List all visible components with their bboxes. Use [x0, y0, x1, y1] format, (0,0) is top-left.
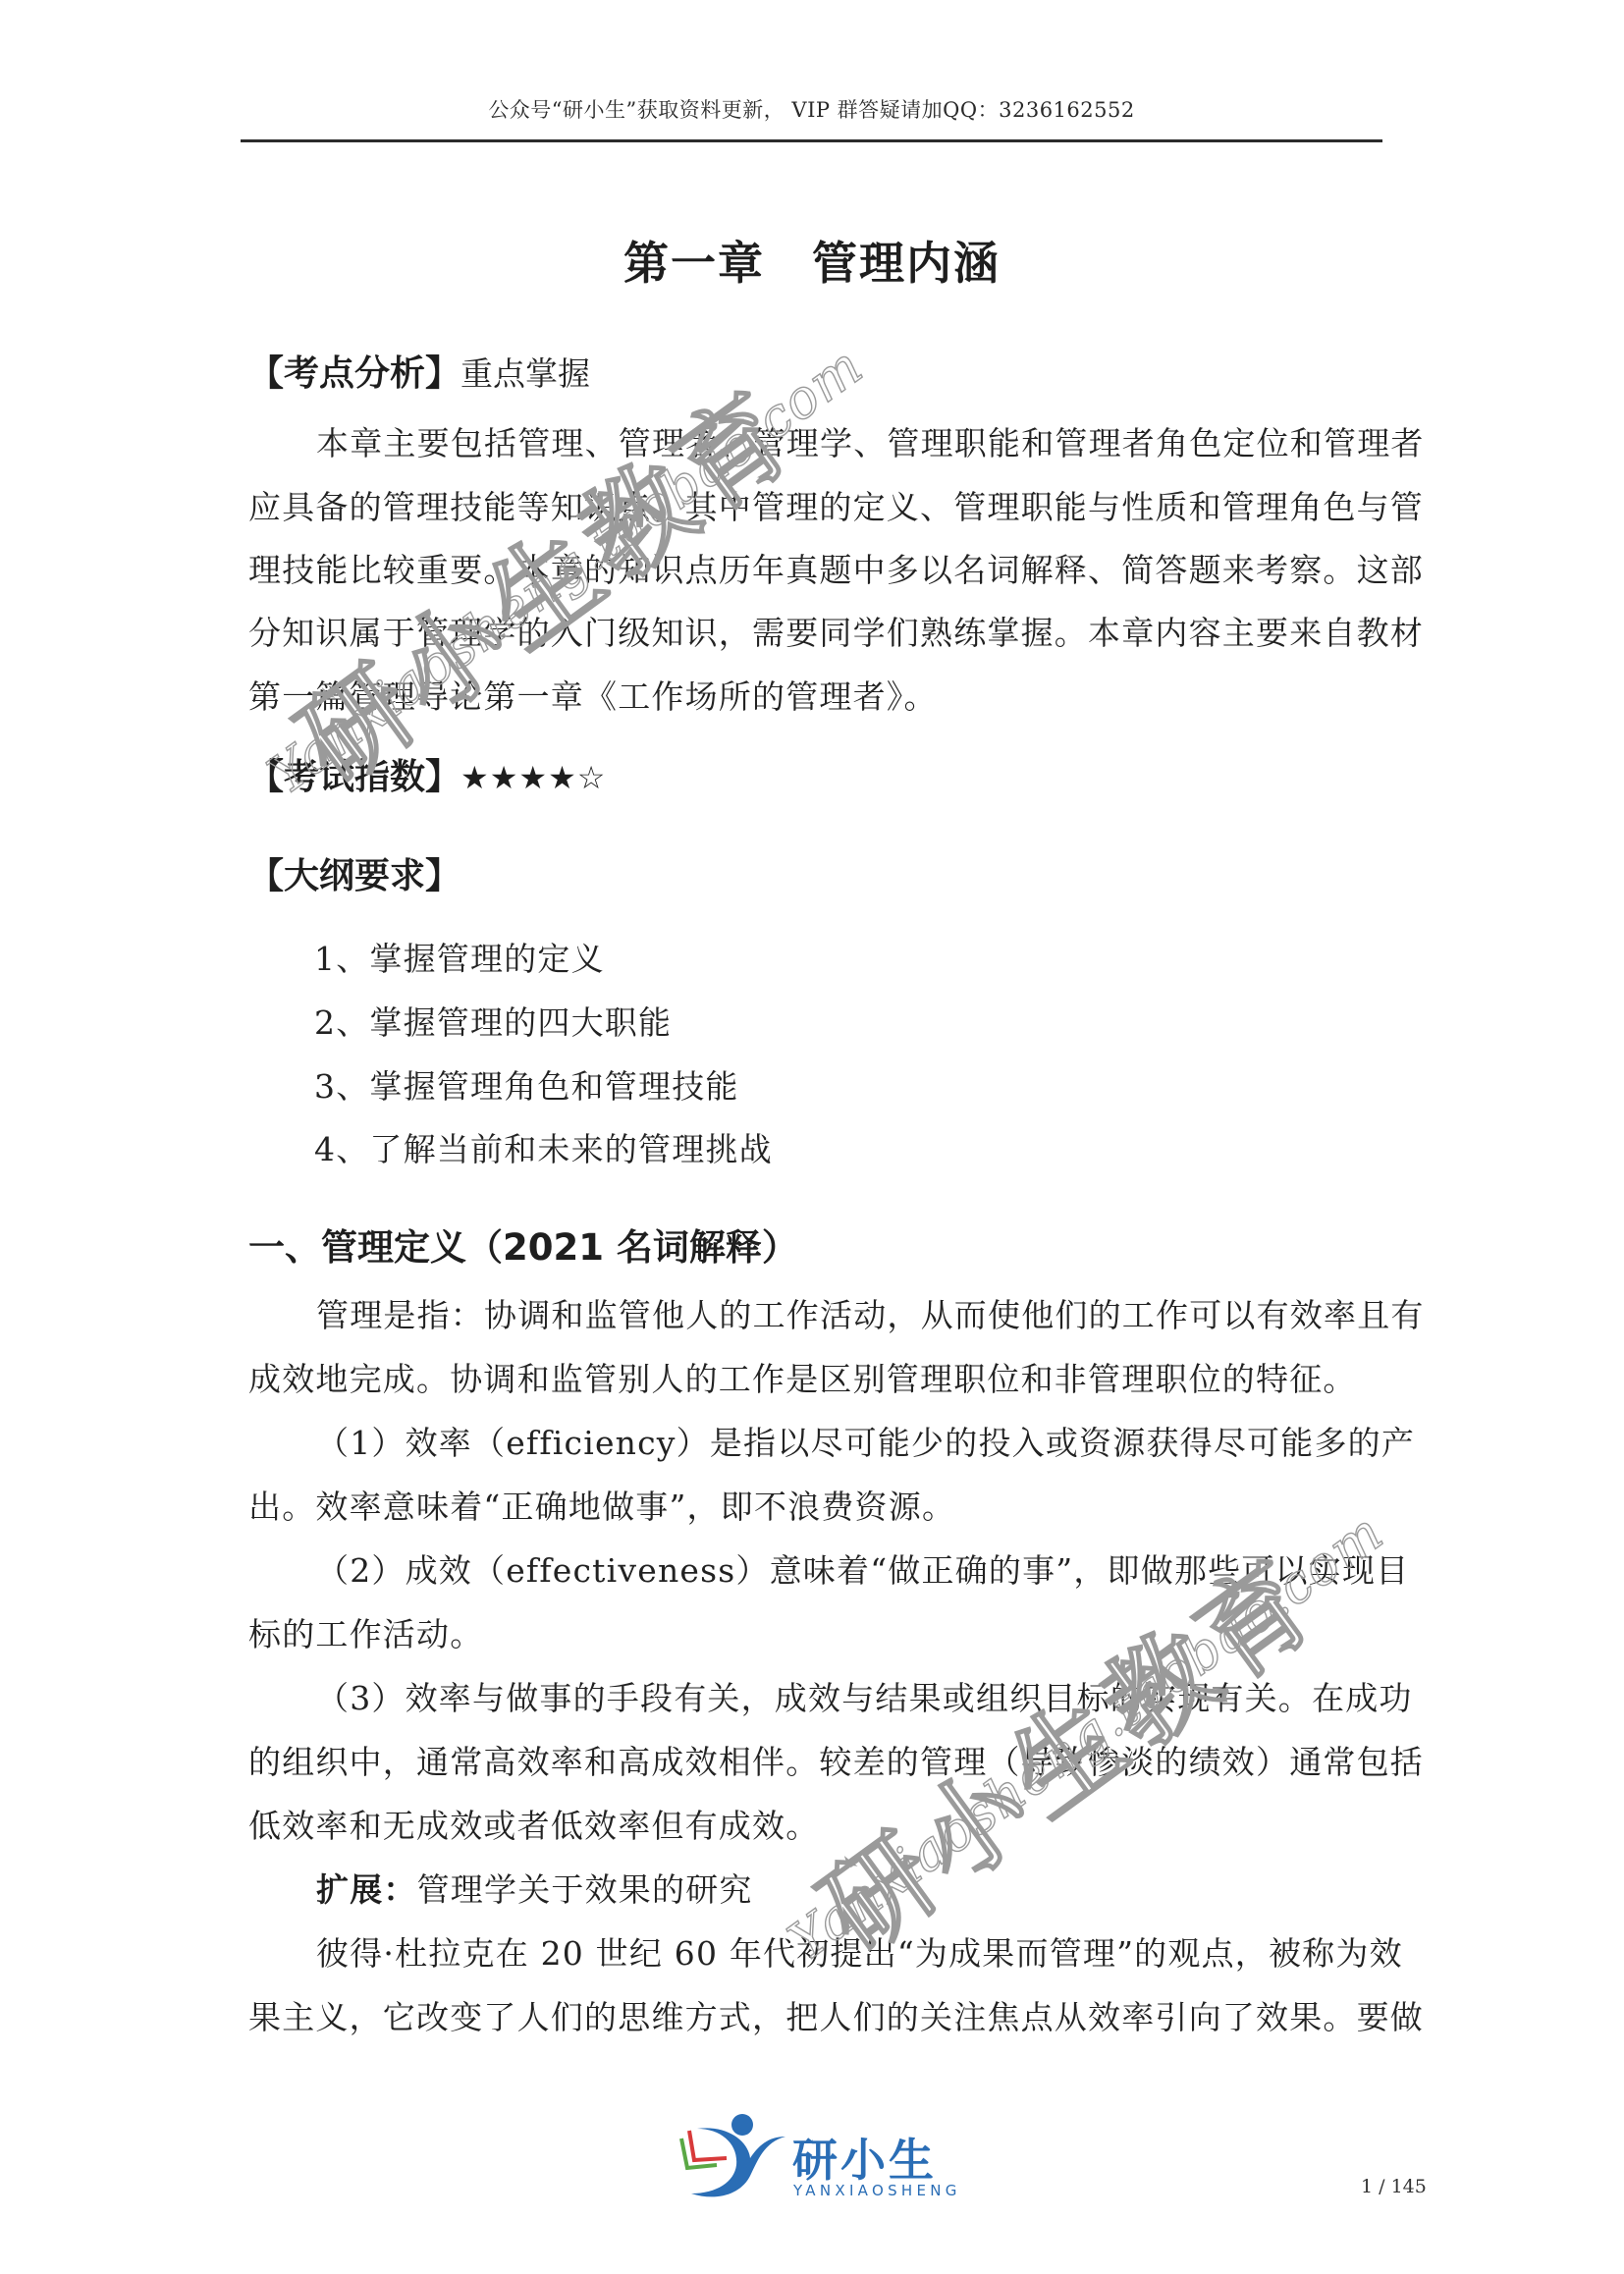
kaodian-label: 【考点分析】 [248, 353, 460, 394]
extension-label: 扩展： [316, 1870, 417, 1909]
syllabus-item: 2、掌握管理的四大职能 [314, 1003, 672, 1043]
logo-text-cn: 研小生 [792, 2125, 937, 2190]
logo-figure-icon [677, 2111, 790, 2204]
paragraph-line: （3）效率与做事的手段有关，成效与结果或组织目标的实现有关。在成功 [316, 1679, 1413, 1718]
star-rating-icon: ★★★★☆ [460, 759, 606, 796]
syllabus-item: 1、掌握管理的定义 [314, 940, 605, 979]
syllabus-label: 【大纲要求】 [248, 856, 460, 896]
paragraph-line: 理技能比较重要。本章的知识点历年真题中多以名词解释、简答题来考察。这部 [248, 551, 1424, 590]
paragraph-line: 果主义，它改变了人们的思维方式，把人们的关注焦点从效率引向了效果。要做 [248, 1998, 1424, 2037]
syllabus-item: 3、掌握管理角色和管理技能 [314, 1067, 739, 1107]
paragraph-line: 彼得·杜拉克在 20 世纪 60 年代初提出“为成果而管理”的观点，被称为效 [316, 1934, 1403, 1974]
paragraph-line: 出。效率意味着“正确地做事”，即不浪费资源。 [248, 1488, 955, 1527]
exam-index-row: 【考试指数】★★★★☆ [248, 749, 1407, 799]
paragraph-line: 分知识属于管理学的入门级知识，需要同学们熟练掌握。本章内容主要来自教材 [248, 614, 1424, 653]
paragraph-line: 低效率和无成效或者低效率但有成效。 [248, 1807, 819, 1846]
kaodian-heading-row: 【考点分析】重点掌握 [248, 346, 1407, 396]
paragraph-line: 的组织中，通常高效率和高成效相伴。较差的管理（导致惨淡的绩效）通常包括 [248, 1743, 1424, 1782]
brand-logo: 研小生 YANXIAOSHENG [677, 2111, 952, 2204]
paragraph-line: 管理是指：协调和监管他人的工作活动，从而使他们的工作可以有效率且有 [316, 1296, 1425, 1335]
paragraph-line: 成效地完成。协调和监管别人的工作是区别管理职位和非管理职位的特征。 [248, 1360, 1357, 1399]
extension-line: 扩展：管理学关于效果的研究 [316, 1870, 753, 1910]
paragraph-line: （2）成效（effectiveness）意味着“做正确的事”，即做那些可以实现目 [316, 1551, 1409, 1591]
header-divider [241, 139, 1382, 142]
paragraph-line: （1）效率（efficiency）是指以尽可能少的投入或资源获得尽可能多的产 [316, 1424, 1415, 1463]
page-number: 1 / 145 [1361, 2176, 1427, 2197]
chapter-title: 第一章 管理内涵 [0, 228, 1624, 293]
logo-text-en: YANXIAOSHENG [793, 2182, 961, 2199]
page-header-text: 公众号“研小生”获取资料更新， VIP 群答疑请加QQ：3236162552 [241, 94, 1382, 124]
extension-title: 管理学关于效果的研究 [417, 1870, 753, 1909]
syllabus-heading-row: 【大纲要求】 [248, 848, 1407, 898]
paragraph-line: 应具备的管理技能等知识点。其中管理的定义、管理职能与性质和管理角色与管 [248, 488, 1424, 527]
paragraph-line: 标的工作活动。 [248, 1615, 483, 1654]
section-heading: 一、管理定义（2021 名词解释） [248, 1218, 798, 1271]
paragraph-line: 第一篇管理导论第一章《工作场所的管理者》。 [248, 677, 938, 717]
exam-index-label: 【考试指数】 [248, 757, 460, 797]
kaodian-value: 重点掌握 [460, 354, 590, 393]
syllabus-item: 4、了解当前和未来的管理挑战 [314, 1130, 773, 1169]
paragraph-line: 本章主要包括管理、管理者、管理学、管理职能和管理者角色定位和管理者 [316, 424, 1425, 463]
